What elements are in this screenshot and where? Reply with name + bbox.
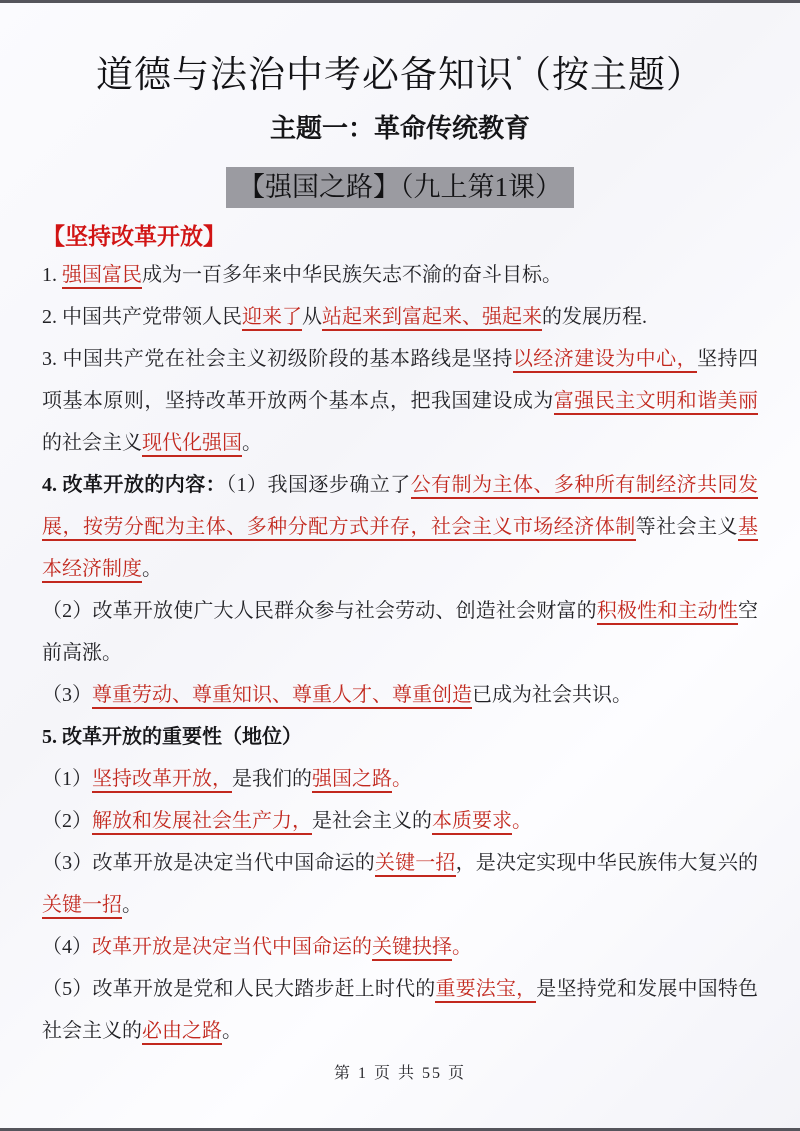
- highlighted-phrase: 富强民主文明和谐美丽: [554, 390, 758, 415]
- knowledge-item: （5）改革开放是党和人民大踏步赶上时代的重要法宝，是坚持党和发展中国特色社会主义…: [42, 968, 758, 1052]
- highlighted-phrase: 强国之路: [312, 768, 392, 793]
- knowledge-item: 2. 中国共产党带领人民迎来了从站起来到富起来、强起来的发展历程.: [42, 296, 758, 338]
- page-number: 第 1 页 共 55 页: [0, 1060, 800, 1083]
- knowledge-item: （1）坚持改革开放，是我们的强国之路。: [42, 758, 758, 800]
- text-segment: 的社会主义: [42, 432, 142, 454]
- text-segment: 从: [302, 306, 322, 328]
- text-segment: （4）: [42, 936, 92, 958]
- lesson-box: 【强国之路】（九上第1课）: [226, 167, 574, 208]
- highlighted-phrase: 坚持改革开放，: [92, 768, 232, 793]
- text-segment: ，是决定实现中华民族伟大复兴的: [456, 852, 758, 874]
- text-segment: 。: [222, 1020, 242, 1042]
- text-segment: 成为一百多年来中华民族矢志不渝的奋斗目标。: [142, 264, 562, 286]
- text-segment: （3）改革开放是决定当代中国命运的: [42, 852, 375, 874]
- knowledge-item: 5. 改革开放的重要性（地位）: [42, 716, 758, 758]
- text-segment: 3. 中国共产党在社会主义初级阶段的基本路线是坚持: [42, 348, 513, 370]
- text-segment: 已成为社会共识。: [472, 684, 632, 706]
- top-edge-line: [0, 0, 800, 3]
- text-segment: 。: [242, 432, 262, 454]
- text-segment: （1）: [42, 768, 92, 790]
- text-segment: 等社会主义: [636, 516, 738, 538]
- section-heading: 【坚持改革开放】: [42, 223, 758, 251]
- knowledge-item: （2）解放和发展社会生产力，是社会主义的本质要求。: [42, 800, 758, 842]
- text-segment: 是社会主义的: [312, 810, 432, 832]
- highlighted-phrase: 强国富民: [62, 264, 142, 289]
- highlighted-phrase: 以经济建设为中心，: [513, 348, 697, 373]
- highlighted-phrase: 重要法宝，: [435, 978, 536, 1003]
- lesson-box-container: 【强国之路】（九上第1课）: [0, 167, 800, 208]
- knowledge-item: 3. 中国共产党在社会主义初级阶段的基本路线是坚持以经济建设为中心，坚持四项基本…: [42, 338, 758, 464]
- highlighted-phrase: 关键一招: [42, 894, 122, 919]
- text-segment: 的发展历程.: [542, 306, 647, 328]
- text-segment: 。: [452, 936, 472, 958]
- text-segment: 。: [392, 768, 412, 790]
- text-segment: （3）: [42, 684, 92, 706]
- highlighted-phrase: 尊重劳动、尊重知识、尊重人才、尊重创造: [92, 684, 472, 709]
- highlighted-phrase: 本质要求: [432, 810, 512, 835]
- text-segment: （2）改革开放使广大人民群众参与社会劳动、创造社会财富的: [42, 600, 597, 622]
- knowledge-item: 4. 改革开放的内容：（1）我国逐步确立了公有制为主体、多种所有制经济共同发展，…: [42, 464, 758, 590]
- knowledge-item: （3）尊重劳动、尊重知识、尊重人才、尊重创造已成为社会共识。: [42, 674, 758, 716]
- text-segment: 。: [122, 894, 142, 916]
- highlighted-phrase: 迎来了: [242, 306, 302, 331]
- text-segment: 是我们的: [232, 768, 312, 790]
- highlighted-phrase: 关键一招: [375, 852, 456, 877]
- text-segment: （2）: [42, 810, 92, 832]
- highlighted-phrase: 现代化强国: [142, 432, 242, 457]
- text-segment: 改革开放是决定当代中国命运的: [92, 936, 372, 958]
- text-segment: 。: [142, 558, 162, 580]
- highlighted-phrase: 社会主义市场经济体制: [431, 516, 636, 541]
- knowledge-item: 1. 强国富民成为一百多年来中华民族矢志不渝的奋斗目标。: [42, 254, 758, 296]
- knowledge-item: （2）改革开放使广大人民群众参与社会劳动、创造社会财富的积极性和主动性空前高涨。: [42, 590, 758, 674]
- knowledge-item: （4）改革开放是决定当代中国命运的关键抉择。: [42, 926, 758, 968]
- highlighted-phrase: 关键抉择: [372, 936, 452, 961]
- topic-subtitle: 主题一：革命传统教育: [0, 113, 800, 145]
- highlighted-phrase: 必由之路: [142, 1020, 222, 1045]
- scan-speck: [517, 56, 521, 60]
- highlighted-phrase: 站起来到富起来、强起来: [322, 306, 542, 331]
- document-page: 道德与法治中考必备知识（按主题） 主题一：革命传统教育 【强国之路】（九上第1课…: [0, 0, 800, 1131]
- text-segment: 。: [512, 810, 532, 832]
- text-segment: （5）改革开放是党和人民大踏步赶上时代的: [42, 978, 435, 1000]
- text-segment: 1.: [42, 264, 62, 286]
- text-segment: （1）我国逐步确立了: [226, 474, 411, 496]
- highlighted-phrase: 积极性和主动性: [597, 600, 738, 625]
- text-segment: 5. 改革开放的重要性（地位）: [42, 726, 302, 748]
- text-segment: 2. 中国共产党带领人民: [42, 306, 242, 328]
- page-title: 道德与法治中考必备知识（按主题）: [40, 52, 760, 100]
- highlighted-phrase: 解放和发展社会生产力，: [92, 810, 312, 835]
- knowledge-list: 1. 强国富民成为一百多年来中华民族矢志不渝的奋斗目标。2. 中国共产党带领人民…: [42, 254, 758, 1052]
- text-segment: 4. 改革开放的内容：: [42, 474, 226, 496]
- knowledge-item: （3）改革开放是决定当代中国命运的关键一招，是决定实现中华民族伟大复兴的关键一招…: [42, 842, 758, 926]
